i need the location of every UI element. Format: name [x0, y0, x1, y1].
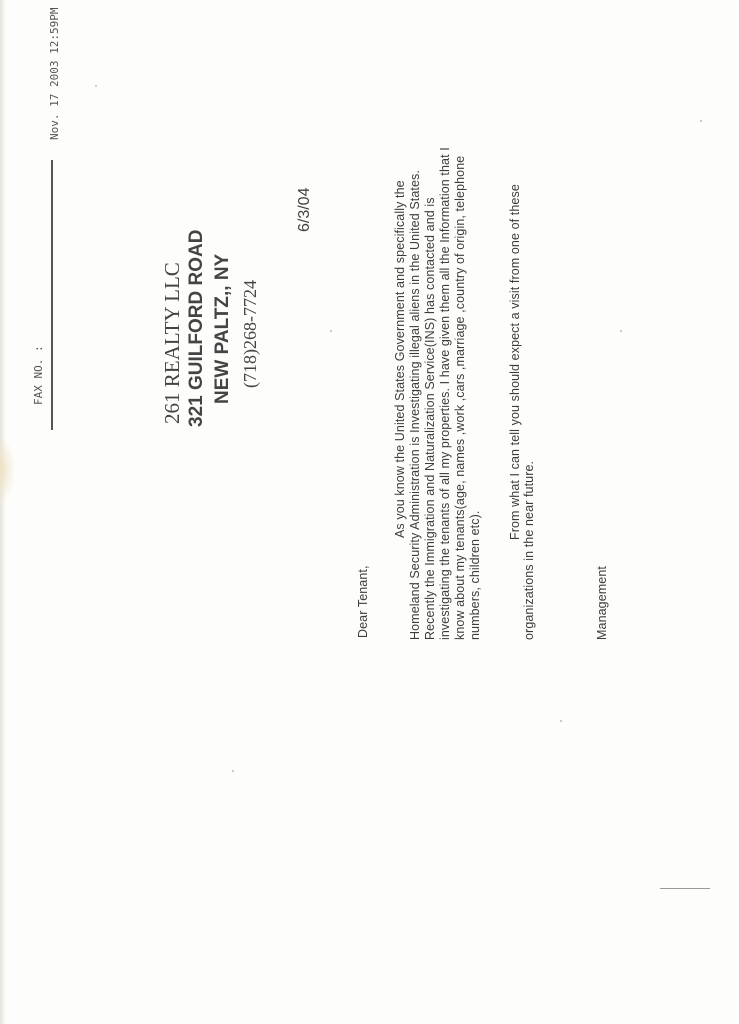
body-line: As you know the United States Government…	[393, 180, 407, 538]
body-line: organizations in the near future.	[522, 461, 536, 640]
body-line: numbers, children etc).	[468, 511, 482, 640]
fax-number-label: FAX NO. :	[32, 345, 45, 405]
body-line: From what I can tell you should expect a…	[508, 184, 522, 540]
body-line: Homeland Security Administration is Inve…	[408, 170, 422, 640]
scan-speck	[232, 770, 234, 772]
company-name: 261 REALTY LLC	[160, 262, 185, 424]
fax-timestamp: Nov. 17 2003 12:59PM	[48, 8, 61, 140]
scan-edge-shadow	[0, 0, 6, 1024]
company-address-city: NEW PALTZ,, NY	[212, 254, 234, 404]
body-line: investigating the tenants of all my prop…	[438, 147, 452, 640]
company-phone: (718)268-7724	[240, 280, 261, 388]
scan-speck	[330, 330, 332, 332]
salutation: Dear Tenant,	[356, 565, 370, 638]
body-line: know about my tenants(age, names ,work ,…	[453, 156, 467, 640]
scan-speck	[560, 720, 562, 722]
company-address-street: 321 GUILFORD ROAD	[186, 230, 208, 427]
scan-artifact-line	[660, 888, 710, 889]
signature: Management	[595, 566, 609, 640]
scan-speck	[95, 85, 97, 87]
fax-header-rule	[51, 160, 53, 430]
paper-stain	[0, 440, 14, 500]
scan-speck	[700, 120, 702, 122]
letter-date: 6/3/04	[296, 188, 314, 232]
body-line: Recently the Immigration and Naturalizat…	[423, 197, 437, 640]
scan-speck	[620, 330, 622, 332]
